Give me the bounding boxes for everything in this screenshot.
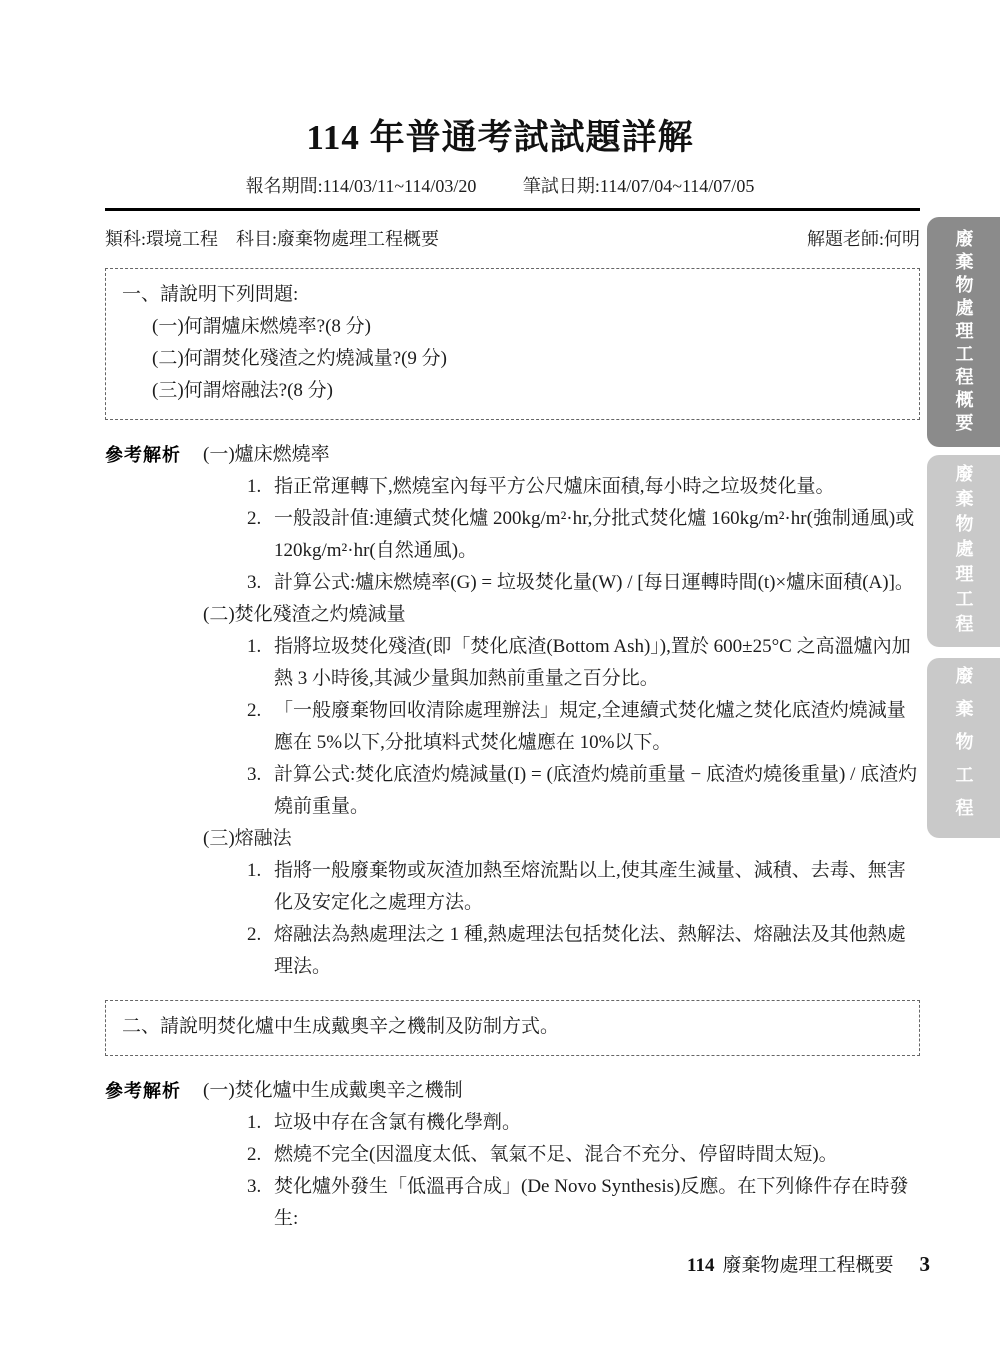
line-marker: (一) <box>203 439 235 471</box>
answer-line: 2.一般設計值:連續式焚化爐 200kg/m²·hr,分批式焚化爐 160kg/… <box>247 503 920 567</box>
side-tab-label: 廢棄物處理工程 <box>951 464 977 639</box>
line-text: 熔融法 <box>235 823 920 855</box>
line-text: 何謂熔融法?(8 分) <box>184 375 907 407</box>
line-text: 計算公式:焚化底渣灼燒減量(I) = (底渣灼燒前重量 − 底渣灼燒後重量) /… <box>274 759 920 823</box>
line-marker: 2. <box>247 695 274 759</box>
question-line: (二)何謂焚化殘渣之灼燒減量?(9 分) <box>152 343 907 375</box>
answer-line: 3.焚化爐外發生「低溫再合成」(De Novo Synthesis)反應。在下列… <box>247 1171 920 1235</box>
line-marker: 一、 <box>122 279 160 311</box>
line-text: 燃燒不完全(因溫度太低、氧氣不足、混合不充分、停留時間太短)。 <box>274 1139 920 1171</box>
line-marker: (二) <box>152 343 184 375</box>
answer-line: 1.垃圾中存在含氯有機化學劑。 <box>247 1107 920 1139</box>
analysis-block-2: 參考解析 (一)焚化爐中生成戴奧辛之機制1.垃圾中存在含氯有機化學劑。2.燃燒不… <box>105 1075 920 1235</box>
line-marker: (二) <box>203 599 235 631</box>
answer-line: 1.指正常運轉下,燃燒室內每平方公尺爐床面積,每小時之垃圾焚化量。 <box>247 471 920 503</box>
side-tab-1: 廢棄物處理工程概要 <box>927 217 1000 447</box>
line-text: 「一般廢棄物回收清除處理辦法」規定,全連續式焚化爐之焚化底渣灼燒減量應在 5%以… <box>274 695 920 759</box>
line-marker: 二、 <box>122 1011 160 1043</box>
answer-line: 3.計算公式:焚化底渣灼燒減量(I) = (底渣灼燒前重量 − 底渣灼燒後重量)… <box>247 759 920 823</box>
answer-line: (二)焚化殘渣之灼燒減量 <box>203 599 920 631</box>
line-marker: (三) <box>152 375 184 407</box>
question-line: (三)何謂熔融法?(8 分) <box>152 375 907 407</box>
line-marker: (一) <box>203 1075 235 1107</box>
side-tab-label: 廢棄物工程 <box>951 666 977 831</box>
page-content: 一、請說明下列問題:(一)何謂爐床燃燒率?(8 分)(二)何謂焚化殘渣之灼燒減量… <box>105 268 920 1235</box>
line-text: 何謂焚化殘渣之灼燒減量?(9 分) <box>184 343 907 375</box>
line-marker: (一) <box>152 311 184 343</box>
line-marker: 3. <box>247 567 274 599</box>
line-marker: 2. <box>247 1139 274 1171</box>
side-tab-2: 廢棄物處理工程 <box>927 455 1000 647</box>
line-text: 請說明下列問題: <box>160 279 907 311</box>
solution-teacher: 解題老師:何明 <box>807 225 920 251</box>
line-marker: 1. <box>247 1107 274 1139</box>
page-title: 114 年普通考試試題詳解 <box>0 110 1000 160</box>
line-marker: 1. <box>247 631 274 695</box>
registration-period: 報名期間:114/03/11~114/03/20 <box>246 176 477 196</box>
line-text: 請說明焚化爐中生成戴奧辛之機制及防制方式。 <box>160 1011 907 1043</box>
line-text: 熔融法為熱處理法之 1 種,熱處理法包括焚化法、熱解法、熔融法及其他熱處理法。 <box>274 919 920 983</box>
line-text: 指將垃圾焚化殘渣(即「焚化底渣(Bottom Ash)」),置於 600±25°… <box>274 631 920 695</box>
answer-line: (一)焚化爐中生成戴奧辛之機制 <box>203 1075 920 1107</box>
question-box-1: 一、請說明下列問題:(一)何謂爐床燃燒率?(8 分)(二)何謂焚化殘渣之灼燒減量… <box>105 268 920 420</box>
exam-dates-line: 報名期間:114/03/11~114/03/20 筆試日期:114/07/04~… <box>0 172 1000 198</box>
line-text: 一般設計值:連續式焚化爐 200kg/m²·hr,分批式焚化爐 160kg/m²… <box>274 503 920 567</box>
answer-line: 3.計算公式:爐床燃燒率(G) = 垃圾焚化量(W) / [每日運轉時間(t)×… <box>247 567 920 599</box>
analysis-label: 參考解析 <box>105 1075 203 1235</box>
line-text: 焚化爐外發生「低溫再合成」(De Novo Synthesis)反應。在下列條件… <box>274 1171 920 1235</box>
answer-line: 2.「一般廢棄物回收清除處理辦法」規定,全連續式焚化爐之焚化底渣灼燒減量應在 5… <box>247 695 920 759</box>
meta-line: 類科:環境工程 科目:廢棄物處理工程概要 解題老師:何明 <box>105 225 920 251</box>
answer-line: 1.指將垃圾焚化殘渣(即「焚化底渣(Bottom Ash)」),置於 600±2… <box>247 631 920 695</box>
answer-line: (三)熔融法 <box>203 823 920 855</box>
line-text: 何謂爐床燃燒率?(8 分) <box>184 311 907 343</box>
line-text: 焚化殘渣之灼燒減量 <box>235 599 920 631</box>
side-tab-3: 廢棄物工程 <box>927 658 1000 838</box>
footer-page-number: 3 <box>920 1252 931 1277</box>
question-line: 一、請說明下列問題: <box>122 279 907 311</box>
footer-book-number: 114 <box>687 1255 714 1277</box>
line-text: 計算公式:爐床燃燒率(G) = 垃圾焚化量(W) / [每日運轉時間(t)×爐床… <box>274 567 920 599</box>
header-rule <box>105 208 920 211</box>
analysis-label: 參考解析 <box>105 439 203 983</box>
answer-line: 2.燃燒不完全(因溫度太低、氧氣不足、混合不充分、停留時間太短)。 <box>247 1139 920 1171</box>
line-marker: 3. <box>247 759 274 823</box>
analysis-block-1: 參考解析 (一)爐床燃燒率1.指正常運轉下,燃燒室內每平方公尺爐床面積,每小時之… <box>105 439 920 983</box>
page-footer: 114 廢棄物處理工程概要 3 <box>687 1250 930 1277</box>
answer-line: 2.熔融法為熱處理法之 1 種,熱處理法包括焚化法、熱解法、熔融法及其他熱處理法… <box>247 919 920 983</box>
answer-line: 1.指將一般廢棄物或灰渣加熱至熔流點以上,使其產生減量、減積、去毒、無害化及安定… <box>247 855 920 919</box>
question-line: (一)何謂爐床燃燒率?(8 分) <box>152 311 907 343</box>
line-text: 垃圾中存在含氯有機化學劑。 <box>274 1107 920 1139</box>
line-marker: 3. <box>247 1171 274 1235</box>
line-text: 爐床燃燒率 <box>235 439 920 471</box>
side-tab-label: 廢棄物處理工程概要 <box>951 229 977 436</box>
question-line: 二、請說明焚化爐中生成戴奧辛之機制及防制方式。 <box>122 1011 907 1043</box>
question-box-2: 二、請說明焚化爐中生成戴奧辛之機制及防制方式。 <box>105 1000 920 1056</box>
footer-book-title: 廢棄物處理工程概要 <box>722 1250 893 1277</box>
line-marker: 1. <box>247 855 274 919</box>
answer-lines-2: (一)焚化爐中生成戴奧辛之機制1.垃圾中存在含氯有機化學劑。2.燃燒不完全(因溫… <box>203 1075 920 1235</box>
line-marker: (三) <box>203 823 235 855</box>
answer-lines-1: (一)爐床燃燒率1.指正常運轉下,燃燒室內每平方公尺爐床面積,每小時之垃圾焚化量… <box>203 439 920 983</box>
line-marker: 2. <box>247 503 274 567</box>
line-marker: 2. <box>247 919 274 983</box>
line-text: 指將一般廢棄物或灰渣加熱至熔流點以上,使其產生減量、減積、去毒、無害化及安定化之… <box>274 855 920 919</box>
category-subject: 類科:環境工程 科目:廢棄物處理工程概要 <box>105 225 439 251</box>
line-text: 焚化爐中生成戴奧辛之機制 <box>235 1075 920 1107</box>
written-exam-date: 筆試日期:114/07/04~114/07/05 <box>523 176 754 196</box>
line-marker: 1. <box>247 471 274 503</box>
answer-line: (一)爐床燃燒率 <box>203 439 920 471</box>
line-text: 指正常運轉下,燃燒室內每平方公尺爐床面積,每小時之垃圾焚化量。 <box>274 471 920 503</box>
